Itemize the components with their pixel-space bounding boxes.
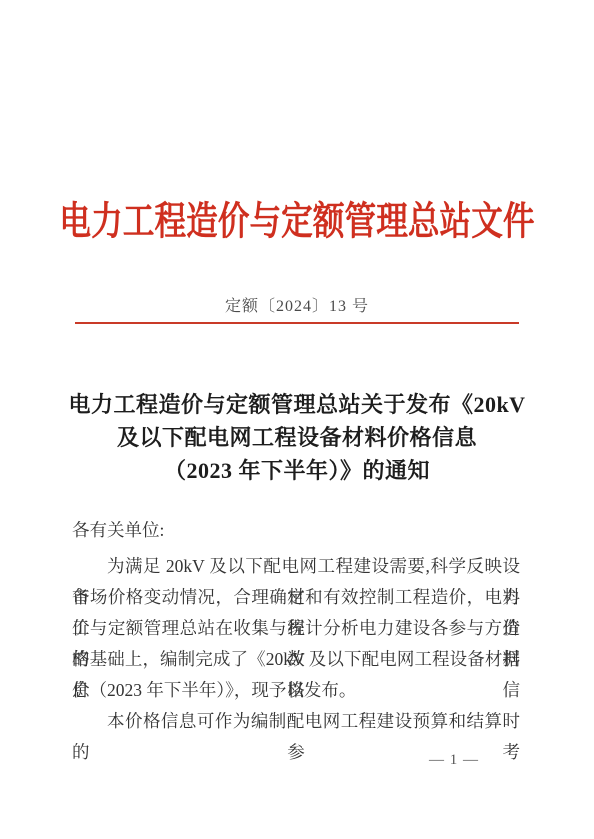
letterhead-org-title: 电力工程造价与定额管理总站文件	[12, 199, 582, 246]
notice-title-line-3: （2023 年下半年）》的通知	[30, 454, 564, 487]
notice-title: 电力工程造价与定额管理总站关于发布《20kV 及以下配电网工程设备材料价格信息 …	[30, 388, 564, 487]
notice-title-line-2: 及以下配电网工程设备材料价格信息	[30, 421, 564, 454]
notice-title-line-1: 电力工程造价与定额管理总站关于发布《20kV	[30, 388, 564, 421]
page-number: — 1 —	[394, 751, 514, 769]
body-paragraphs: 各有关单位: 为满足 20kV 及以下配电网工程建设需要,科学反映设备材料 市场…	[72, 515, 520, 737]
body-line: 的基础上，编制完成了《20kV 及以下配电网工程设备材料价格信	[72, 644, 520, 675]
body-line: 本价格信息可作为编制配电网工程建设预算和结算时的参考	[72, 706, 520, 737]
body-line: 价与定额管理总站在收集与统计分析电力建设各参与方价格数据	[72, 613, 520, 644]
body-line: 为满足 20kV 及以下配电网工程建设需要,科学反映设备材料	[72, 551, 520, 582]
salutation: 各有关单位:	[72, 515, 520, 546]
document-page: 电力工程造价与定额管理总站文件 定额〔2024〕13 号 电力工程造价与定额管理…	[0, 0, 594, 839]
doc-number: 定额〔2024〕13 号	[0, 296, 594, 318]
red-divider-line	[75, 322, 519, 324]
body-line: 市场价格变动情况，合理确定和有效控制工程造价，电力工程造	[72, 582, 520, 613]
